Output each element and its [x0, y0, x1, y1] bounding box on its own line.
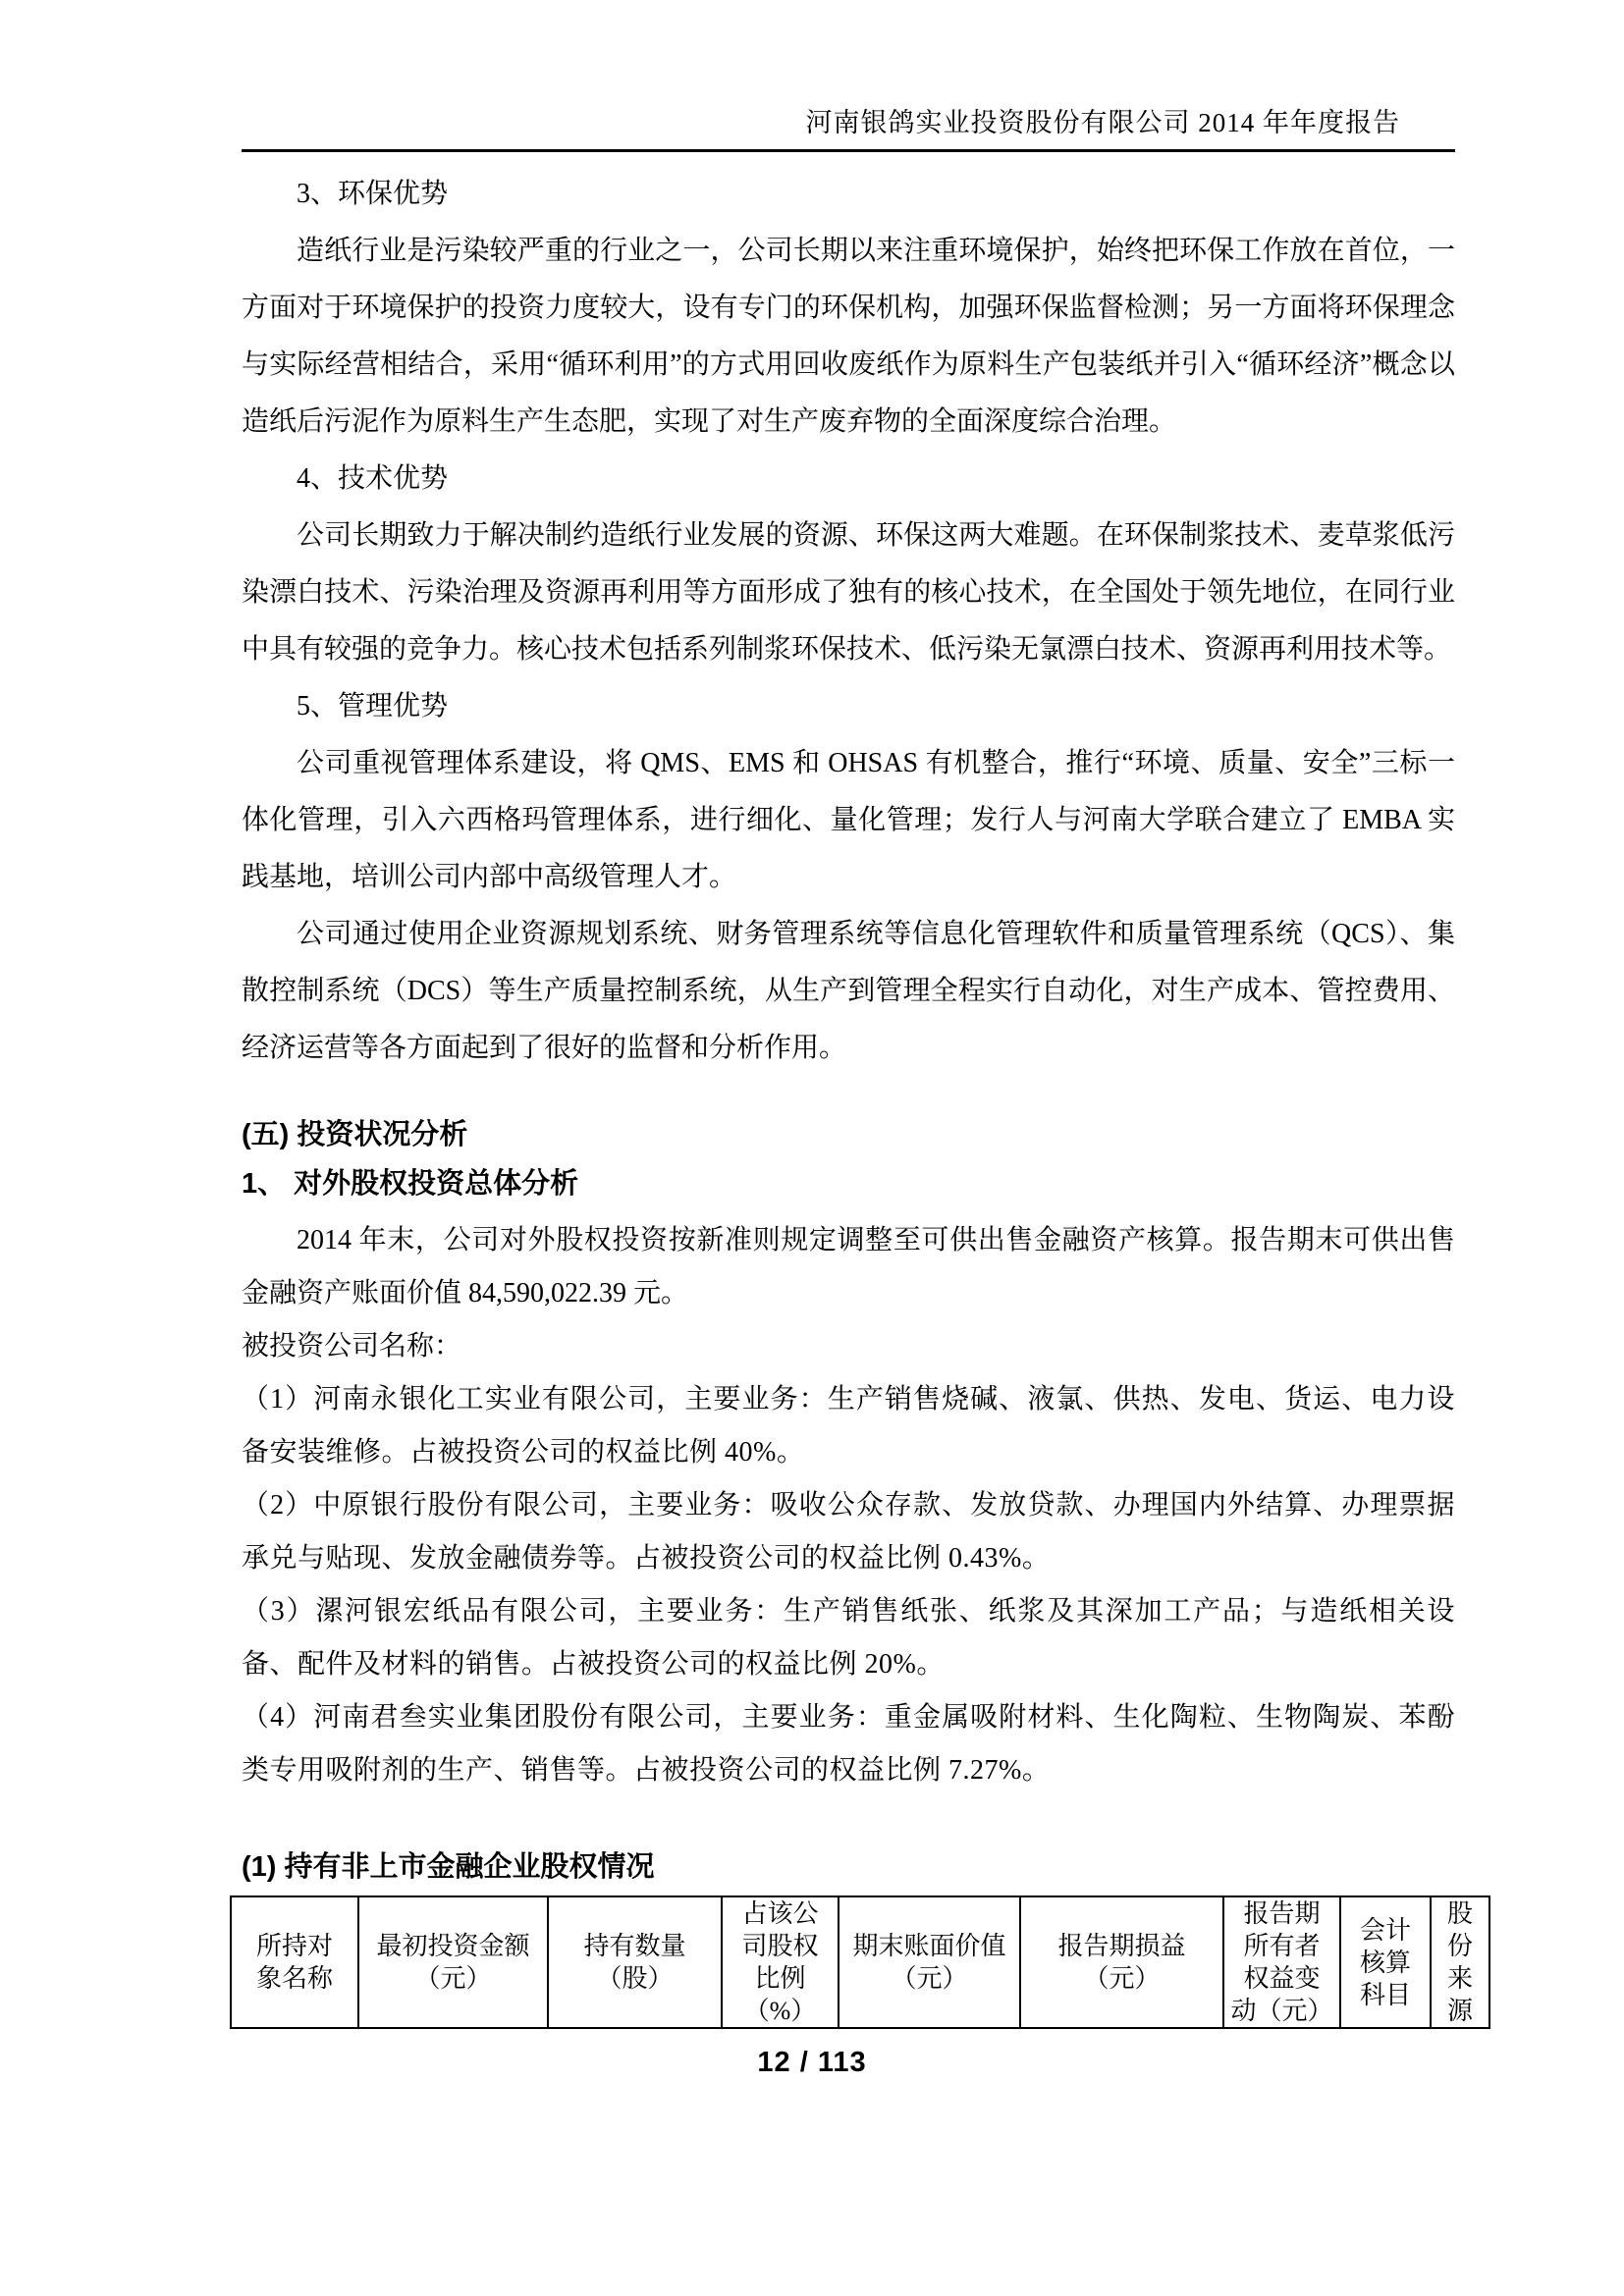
annual-report-page: 河南银鸽实业投资股份有限公司 2014 年年度报告 3、环保优势 造纸行业是污染… — [0, 0, 1624, 2296]
column-header-initial-investment: 最初投资金额 （元） — [358, 1896, 548, 2028]
column-header-holding-target-name: 所持对 象名称 — [231, 1896, 358, 2028]
subheading-management-advantage: 5、管理优势 — [242, 678, 1455, 735]
column-header-ending-book-value: 期末账面价值 （元） — [839, 1896, 1020, 2028]
heading-investment-analysis: (五) 投资状况分析 — [242, 1110, 1455, 1159]
item-investee-company-3: （3）漯河银宏纸品有限公司，主要业务：生产销售纸张、纸浆及其深加工产品；与造纸相… — [242, 1585, 1455, 1691]
line-investee-companies-label: 被投资公司名称： — [242, 1320, 1455, 1373]
paragraph-management-advantage-2: 公司通过使用企业资源规划系统、财务管理系统等信息化管理软件和质量管理系统（QCS… — [242, 906, 1455, 1077]
column-header-equity-ratio: 占该公 司股权 比例 （%） — [722, 1896, 839, 2028]
column-header-shares-held: 持有数量 （股） — [548, 1896, 722, 2028]
page-number: 12 / 113 — [0, 2047, 1624, 2079]
subheading-environmental-advantage: 3、环保优势 — [242, 166, 1455, 223]
paragraph-environmental-advantage: 造纸行业是污染较严重的行业之一，公司长期以来注重环境保护，始终把环保工作放在首位… — [242, 223, 1455, 451]
paragraph-management-advantage-1: 公司重视管理体系建设，将 QMS、EMS 和 OHSAS 有机整合，推行“环境、… — [242, 735, 1455, 906]
header-rule — [242, 149, 1455, 152]
column-header-owner-equity-change: 报告期 所有者 权益变 动（元） — [1223, 1896, 1340, 2028]
column-header-share-source: 股 份 来 源 — [1431, 1896, 1489, 2028]
item-investee-company-4: （4）河南君叁实业集团股份有限公司，主要业务：重金属吸附材料、生化陶粒、生物陶炭… — [242, 1691, 1455, 1797]
heading-external-equity-investment: 1、 对外股权投资总体分析 — [242, 1159, 1455, 1208]
subheading-technology-advantage: 4、技术优势 — [242, 451, 1455, 507]
paragraph-equity-investment-summary: 2014 年末，公司对外股权投资按新准则规定调整至可供出售金融资产核算。报告期末… — [242, 1214, 1455, 1320]
column-header-reporting-period-pnl: 报告期损益 （元） — [1020, 1896, 1223, 2028]
paragraph-technology-advantage: 公司长期致力于解决制约造纸行业发展的资源、环保这两大难题。在环保制浆技术、麦草浆… — [242, 507, 1455, 678]
non-listed-financial-equity-table: 所持对 象名称 最初投资金额 （元） 持有数量 （股） 占该公 司股权 比例 （… — [230, 1896, 1490, 2029]
heading-non-listed-financial-equity: (1) 持有非上市金融企业股权情况 — [242, 1842, 1455, 1892]
header-title: 河南银鸽实业投资股份有限公司 2014 年年度报告 — [242, 0, 1455, 141]
column-header-accounting-subject: 会计 核算 科目 — [1340, 1896, 1431, 2028]
document-body: 3、环保优势 造纸行业是污染较严重的行业之一，公司长期以来注重环境保护，始终把环… — [242, 166, 1455, 2029]
page-header: 河南银鸽实业投资股份有限公司 2014 年年度报告 — [242, 0, 1455, 152]
item-investee-company-2: （2）中原银行股份有限公司，主要业务：吸收公众存款、发放贷款、办理国内外结算、办… — [242, 1479, 1455, 1585]
table-header-row: 所持对 象名称 最初投资金额 （元） 持有数量 （股） 占该公 司股权 比例 （… — [231, 1896, 1489, 2028]
item-investee-company-1: （1）河南永银化工实业有限公司，主要业务：生产销售烧碱、液氯、供热、发电、货运、… — [242, 1373, 1455, 1479]
